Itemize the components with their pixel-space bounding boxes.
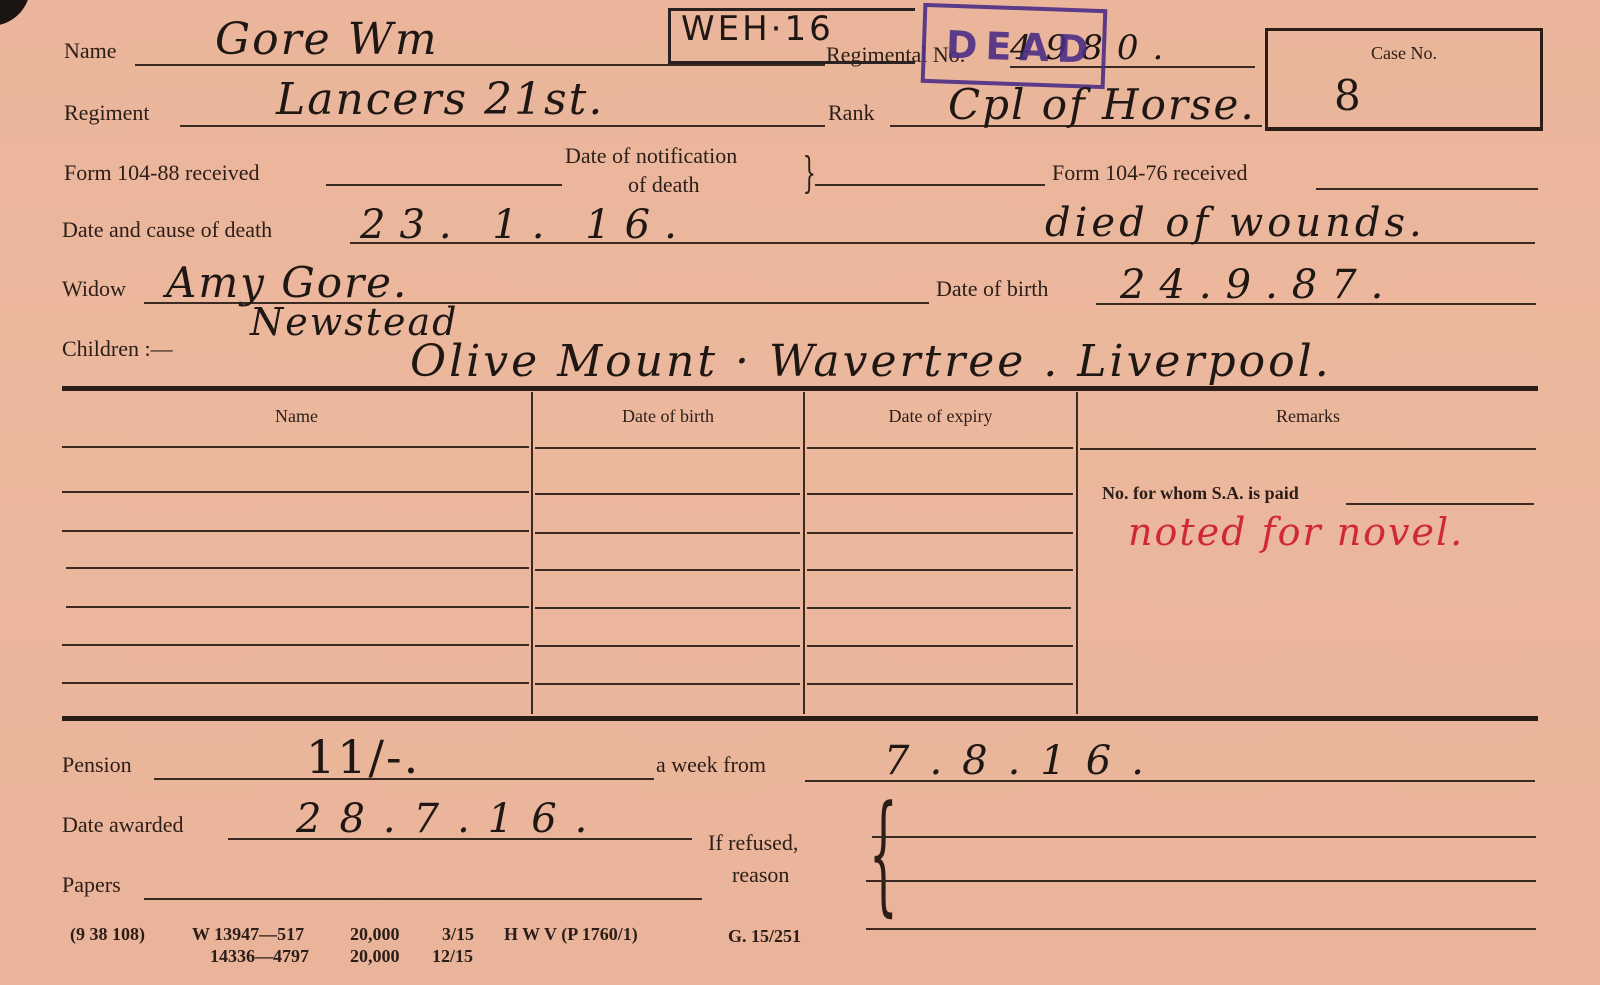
notification-label-2: of death [628,172,699,198]
date-awarded-label: Date awarded [62,812,184,838]
col-divider-1 [531,392,533,714]
death-date: 23. 1. 16. [360,202,691,248]
col-header-name: Name [62,406,531,427]
footer-code: (9 38 108) [70,924,145,945]
refused-label-1: If refused, [708,830,798,856]
death-label: Date and cause of death [62,217,272,243]
form-10476-line[interactable] [1316,188,1538,190]
dead-stamp: DEAD [921,3,1108,89]
name-value: Gore Wm [215,14,439,65]
form-10476-label: Form 104-76 received [1052,160,1248,186]
rank-value: Cpl of Horse. [948,80,1256,129]
col-header-expiry: Date of expiry [805,406,1076,427]
brace-left: { [869,788,898,918]
col-header-dob: Date of birth [533,406,803,427]
footer-line2-b: 20,000 [350,946,400,967]
pension-label: Pension [62,752,132,778]
notification-label-1: Date of notification [565,143,737,169]
refused-line-3[interactable] [866,928,1536,930]
table-bottom-rule [62,716,1538,721]
footer-line1-b: 20,000 [350,924,400,945]
col-header-remarks: Remarks [1078,406,1538,427]
rank-label: Rank [828,100,874,126]
papers-label: Papers [62,872,121,898]
children-label: Children :— [62,336,173,362]
form-10488-label: Form 104-88 received [64,160,260,186]
name-label: Name [64,38,117,64]
pension-value: 11/-. [306,730,420,784]
case-no-value: 8 [1334,71,1363,120]
footer-line1-c: 3/15 [442,924,474,945]
dob-label: Date of birth [936,276,1048,302]
col-divider-3 [1076,392,1078,714]
death-cause: died of wounds. [1045,200,1426,246]
footer-line1-a: W 13947—517 [192,924,304,945]
regiment-line [180,125,825,127]
footer-printer: H W V (P 1760/1) [504,924,638,945]
pension-record-card: Name Gore Wm WEH·16 Regimental No. 4980.… [0,0,1600,985]
week-from-value: 7.8.16. [884,738,1164,784]
case-number-box: Case No. 8 [1265,28,1543,131]
regiment-value: Lancers 21st. [276,74,604,125]
regiment-label: Regiment [64,100,150,126]
case-no-label: Case No. [1268,43,1540,64]
dob-value: 24.9.87. [1120,262,1397,308]
table-top-rule [62,386,1538,391]
notification-line[interactable] [815,184,1045,186]
widow-label: Widow [62,276,126,302]
footer-line2-c: 12/15 [432,946,473,967]
torn-corner [0,0,31,31]
col-divider-2 [803,392,805,714]
week-from-label: a week from [656,752,766,778]
form-10488-line[interactable] [326,184,562,186]
reference-value: WEH·16 [681,9,834,49]
refused-line-1[interactable] [872,836,1536,838]
papers-line[interactable] [144,898,702,900]
footer-form-no: G. 15/251 [728,926,801,947]
refused-label-2: reason [732,862,789,888]
date-awarded-value: 28.7.16. [296,796,605,842]
sa-paid-line[interactable] [1346,503,1534,505]
sa-paid-label: No. for whom S.A. is paid [1102,483,1299,504]
refused-line-2[interactable] [866,880,1536,882]
footer-line2-a: 14336—4797 [210,946,309,967]
remark-note: noted for novel. [1128,510,1464,554]
brace-right: } [803,148,816,197]
address-line-2: Olive Mount · Wavertree . Liverpool. [410,336,1332,387]
